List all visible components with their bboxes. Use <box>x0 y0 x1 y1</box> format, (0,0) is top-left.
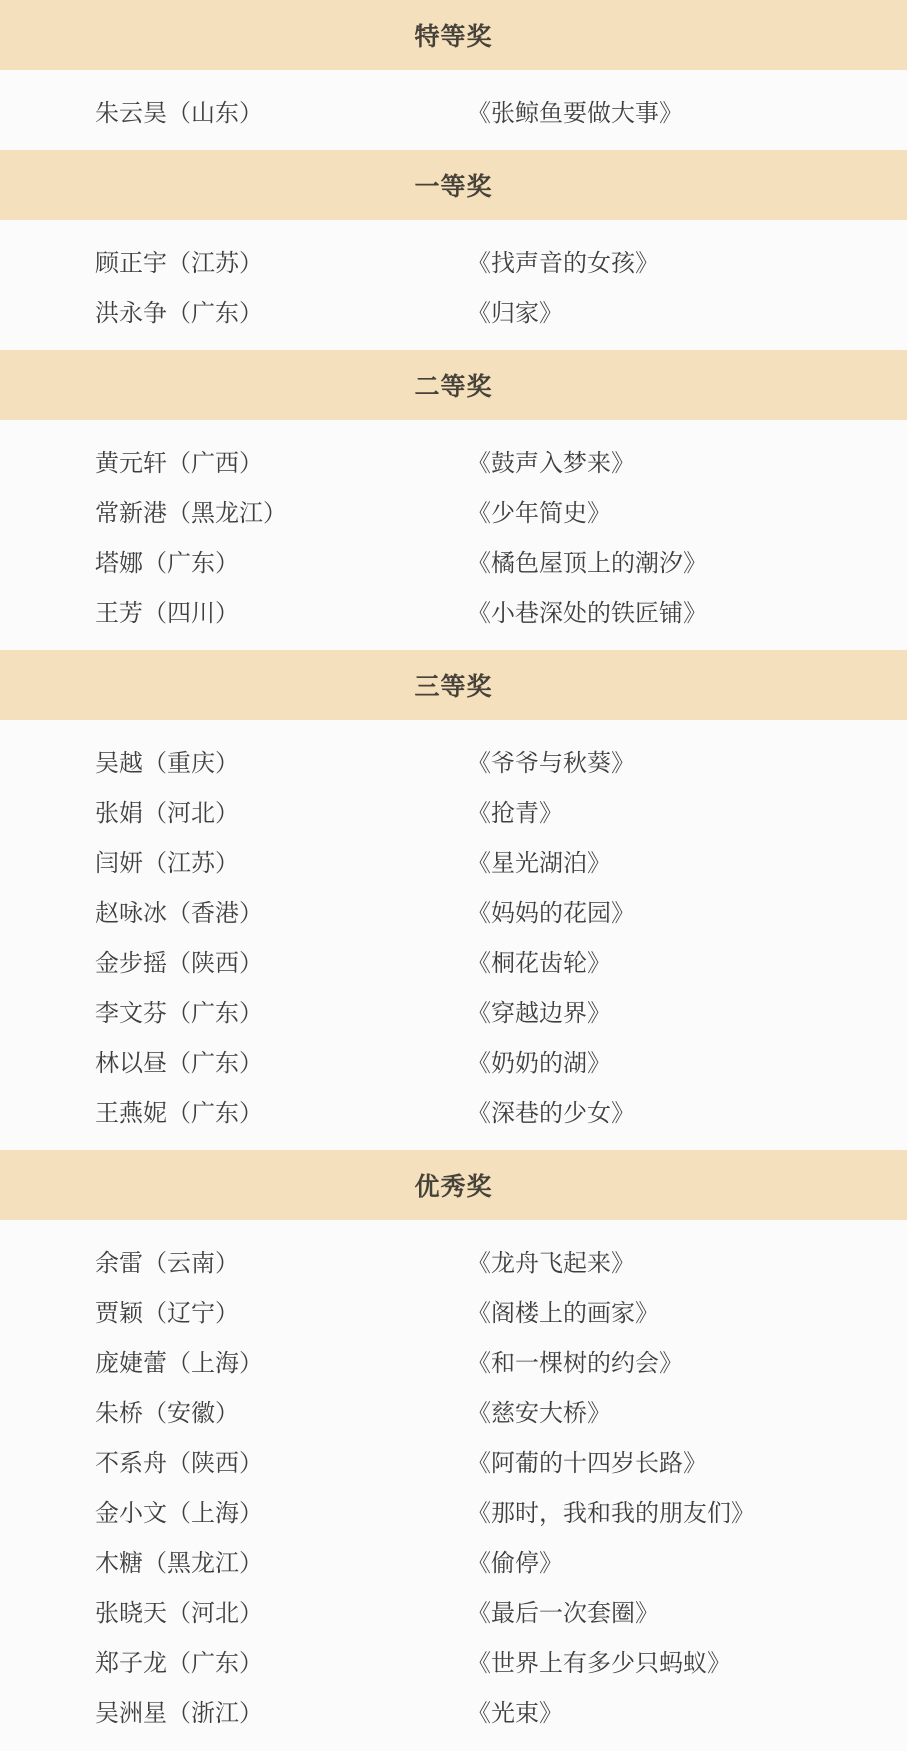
work-title: 《穿越边界》 <box>467 993 907 1028</box>
award-row: 贾颖（辽宁） 《阁楼上的画家》 <box>0 1285 907 1335</box>
work-title: 《桐花齿轮》 <box>467 943 907 978</box>
section-title: 优秀奖 <box>414 1167 492 1203</box>
award-row: 王燕妮（广东） 《深巷的少女》 <box>0 1085 907 1135</box>
author-name: 朱桥（安徽） <box>95 1393 467 1428</box>
award-row: 余雷（云南） 《龙舟飞起来》 <box>0 1235 907 1285</box>
author-name: 李文芬（广东） <box>95 993 467 1028</box>
award-row: 赵咏冰（香港） 《妈妈的花园》 <box>0 885 907 935</box>
work-title: 《抢青》 <box>467 793 907 828</box>
work-title: 《小巷深处的铁匠铺》 <box>467 593 907 628</box>
work-title: 《偷停》 <box>467 1543 907 1578</box>
work-title: 《龙舟飞起来》 <box>467 1243 907 1278</box>
award-row: 林以昼（广东） 《奶奶的湖》 <box>0 1035 907 1085</box>
section-title: 二等奖 <box>414 367 492 403</box>
author-name: 闫妍（江苏） <box>95 843 467 878</box>
section-header-band: 一等奖 <box>0 150 907 220</box>
work-title: 《光束》 <box>467 1693 907 1728</box>
author-name: 吴洲星（浙江） <box>95 1693 467 1728</box>
award-row: 顾正宇（江苏） 《找声音的女孩》 <box>0 235 907 285</box>
award-row: 洪永争（广东） 《归家》 <box>0 285 907 335</box>
author-name: 朱云昊（山东） <box>95 93 467 128</box>
award-row: 朱桥（安徽） 《慈安大桥》 <box>0 1385 907 1435</box>
award-row: 金步摇（陕西） 《桐花齿轮》 <box>0 935 907 985</box>
award-row: 王芳（四川） 《小巷深处的铁匠铺》 <box>0 585 907 635</box>
author-name: 塔娜（广东） <box>95 543 467 578</box>
section-header-band: 三等奖 <box>0 650 907 720</box>
work-title: 《阿葡的十四岁长路》 <box>467 1443 907 1478</box>
work-title: 《深巷的少女》 <box>467 1093 907 1128</box>
work-title: 《奶奶的湖》 <box>467 1043 907 1078</box>
author-name: 金小文（上海） <box>95 1493 467 1528</box>
author-name: 余雷（云南） <box>95 1243 467 1278</box>
author-name: 赵咏冰（香港） <box>95 893 467 928</box>
author-name: 庞婕蕾（上海） <box>95 1343 467 1378</box>
author-name: 王芳（四川） <box>95 593 467 628</box>
work-title: 《张鲸鱼要做大事》 <box>467 93 907 128</box>
section-excellence-prize: 优秀奖 余雷（云南） 《龙舟飞起来》 贾颖（辽宁） 《阁楼上的画家》 庞婕蕾（上… <box>0 1150 907 1750</box>
award-row: 庞婕蕾（上海） 《和一棵树的约会》 <box>0 1335 907 1385</box>
award-row: 塔娜（广东） 《橘色屋顶上的潮汐》 <box>0 535 907 585</box>
work-title: 《橘色屋顶上的潮汐》 <box>467 543 907 578</box>
work-title: 《鼓声入梦来》 <box>467 443 907 478</box>
section-third-prize: 三等奖 吴越（重庆） 《爷爷与秋葵》 张娟（河北） 《抢青》 闫妍（江苏） 《星… <box>0 650 907 1150</box>
section-body: 朱云昊（山东） 《张鲸鱼要做大事》 <box>0 70 907 150</box>
award-row: 郑子龙（广东） 《世界上有多少只蚂蚁》 <box>0 1635 907 1685</box>
work-title: 《那时，我和我的朋友们》 <box>467 1493 907 1528</box>
author-name: 不系舟（陕西） <box>95 1443 467 1478</box>
author-name: 郑子龙（广东） <box>95 1643 467 1678</box>
section-header-band: 二等奖 <box>0 350 907 420</box>
section-header-band: 特等奖 <box>0 0 907 70</box>
author-name: 张晓天（河北） <box>95 1593 467 1628</box>
work-title: 《星光湖泊》 <box>467 843 907 878</box>
work-title: 《慈安大桥》 <box>467 1393 907 1428</box>
work-title: 《少年简史》 <box>467 493 907 528</box>
section-first-prize: 一等奖 顾正宇（江苏） 《找声音的女孩》 洪永争（广东） 《归家》 <box>0 150 907 350</box>
work-title: 《世界上有多少只蚂蚁》 <box>467 1643 907 1678</box>
section-body: 吴越（重庆） 《爷爷与秋葵》 张娟（河北） 《抢青》 闫妍（江苏） 《星光湖泊》… <box>0 720 907 1150</box>
award-row: 黄元轩（广西） 《鼓声入梦来》 <box>0 435 907 485</box>
section-special-prize: 特等奖 朱云昊（山东） 《张鲸鱼要做大事》 <box>0 0 907 150</box>
award-row: 金小文（上海） 《那时，我和我的朋友们》 <box>0 1485 907 1535</box>
section-second-prize: 二等奖 黄元轩（广西） 《鼓声入梦来》 常新港（黑龙江） 《少年简史》 塔娜（广… <box>0 350 907 650</box>
award-row: 不系舟（陕西） 《阿葡的十四岁长路》 <box>0 1435 907 1485</box>
work-title: 《和一棵树的约会》 <box>467 1343 907 1378</box>
work-title: 《阁楼上的画家》 <box>467 1293 907 1328</box>
section-title: 三等奖 <box>414 667 492 703</box>
author-name: 张娟（河北） <box>95 793 467 828</box>
award-row: 吴越（重庆） 《爷爷与秋葵》 <box>0 735 907 785</box>
author-name: 王燕妮（广东） <box>95 1093 467 1128</box>
author-name: 黄元轩（广西） <box>95 443 467 478</box>
award-row: 闫妍（江苏） 《星光湖泊》 <box>0 835 907 885</box>
award-row: 张娟（河北） 《抢青》 <box>0 785 907 835</box>
award-row: 李文芬（广东） 《穿越边界》 <box>0 985 907 1035</box>
author-name: 贾颖（辽宁） <box>95 1293 467 1328</box>
award-row: 张晓天（河北） 《最后一次套圈》 <box>0 1585 907 1635</box>
section-body: 顾正宇（江苏） 《找声音的女孩》 洪永争（广东） 《归家》 <box>0 220 907 350</box>
author-name: 吴越（重庆） <box>95 743 467 778</box>
author-name: 木糖（黑龙江） <box>95 1543 467 1578</box>
author-name: 洪永争（广东） <box>95 293 467 328</box>
author-name: 林以昼（广东） <box>95 1043 467 1078</box>
work-title: 《妈妈的花园》 <box>467 893 907 928</box>
work-title: 《最后一次套圈》 <box>467 1593 907 1628</box>
author-name: 顾正宇（江苏） <box>95 243 467 278</box>
award-row: 木糖（黑龙江） 《偷停》 <box>0 1535 907 1585</box>
award-row: 吴洲星（浙江） 《光束》 <box>0 1685 907 1735</box>
author-name: 常新港（黑龙江） <box>95 493 467 528</box>
work-title: 《找声音的女孩》 <box>467 243 907 278</box>
award-list-page: 特等奖 朱云昊（山东） 《张鲸鱼要做大事》 一等奖 顾正宇（江苏） 《找声音的女… <box>0 0 907 1750</box>
section-title: 一等奖 <box>414 167 492 203</box>
work-title: 《爷爷与秋葵》 <box>467 743 907 778</box>
award-row: 朱云昊（山东） 《张鲸鱼要做大事》 <box>0 85 907 135</box>
author-name: 金步摇（陕西） <box>95 943 467 978</box>
section-header-band: 优秀奖 <box>0 1150 907 1220</box>
work-title: 《归家》 <box>467 293 907 328</box>
section-body: 黄元轩（广西） 《鼓声入梦来》 常新港（黑龙江） 《少年简史》 塔娜（广东） 《… <box>0 420 907 650</box>
section-title: 特等奖 <box>414 17 492 53</box>
section-body: 余雷（云南） 《龙舟飞起来》 贾颖（辽宁） 《阁楼上的画家》 庞婕蕾（上海） 《… <box>0 1220 907 1750</box>
award-row: 常新港（黑龙江） 《少年简史》 <box>0 485 907 535</box>
